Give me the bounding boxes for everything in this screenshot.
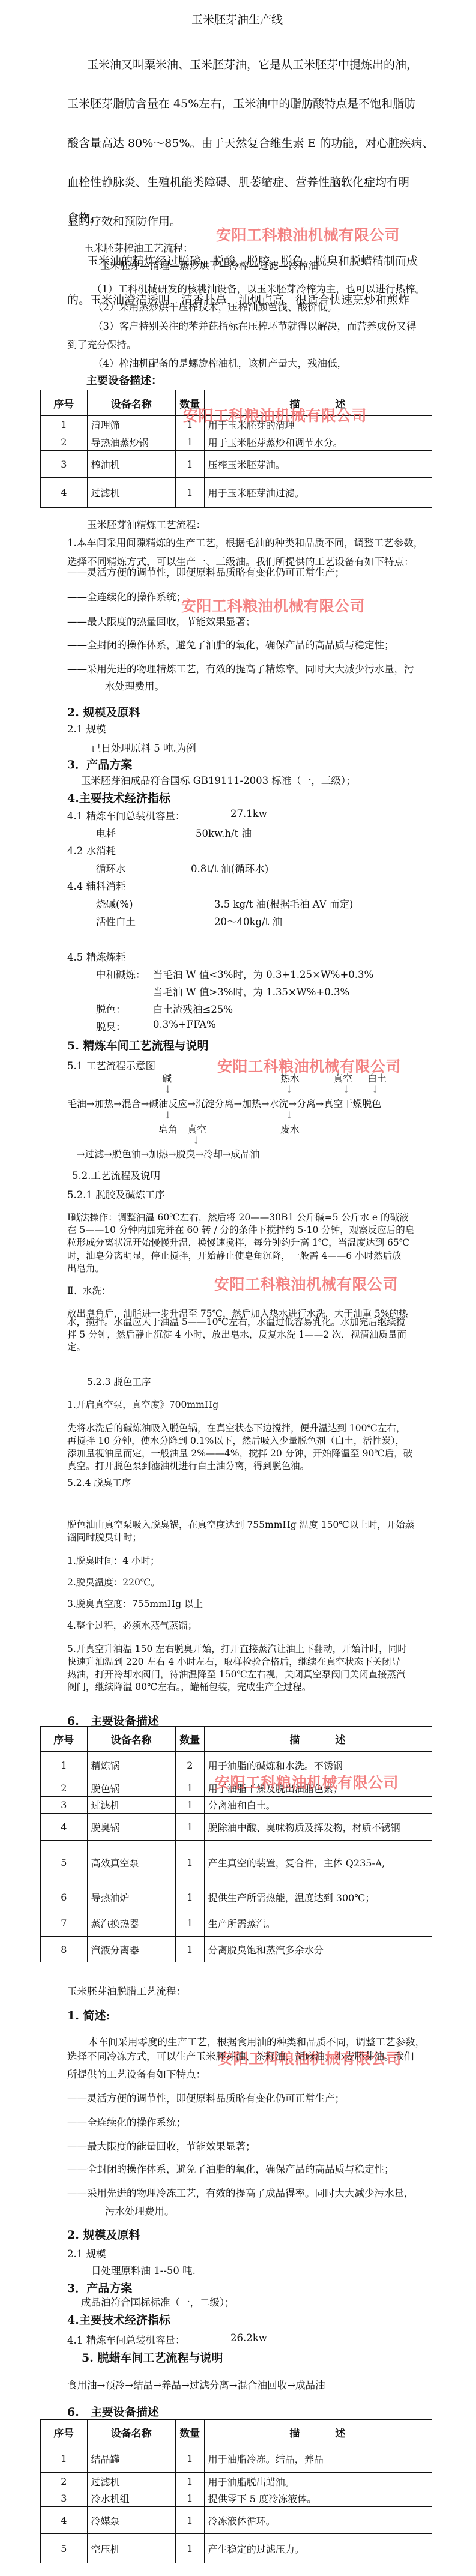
text-line: 水，搅拌。水温应大于油温 5——10℃左右，水温过低容易乳化。水加完后继续搅: [67, 1315, 405, 1328]
feature: 污水处理费用。: [105, 2203, 175, 2218]
cell-name: 榨油机: [87, 451, 175, 478]
input-label: 碱: [162, 1071, 172, 1085]
cell-index: 4: [41, 1814, 88, 1841]
refining-equipment-table: 序号 设备名称 数量 描 述 1 精炼锅 2 用于油脂的碱炼和水洗。不锈钢 2 …: [40, 1726, 432, 1962]
text-line: 选择不同冷冻方式，可以生产玉米胚芽油、茶籽油、胡麻油、小麦胚芽油。我们: [67, 2048, 414, 2063]
cell-desc: 压榨玉米胚芽油。: [204, 451, 432, 478]
text-line: 定。: [67, 1340, 86, 1353]
cell-qty: 1: [175, 2507, 204, 2534]
cell-desc: 提供生产所需热能，温度达到 300℃；: [204, 1884, 432, 1910]
feature: 水处理费用。: [105, 678, 164, 693]
subsection: 4.5 精炼炼耗: [67, 949, 126, 964]
subsection: 4.2 水消耗: [67, 843, 116, 857]
table-row: 3 过滤机 1 分离油和白土。: [41, 1797, 432, 1814]
feature: ——灵活方便的调节性，即便原料品质略有变化仍可正常生产；: [67, 2090, 345, 2105]
cell-name: 结晶罐: [87, 2445, 175, 2473]
section-heading: 2. 规模及原料: [67, 2226, 140, 2242]
text-line: 添加量视油量而定，一般油量 2%——4%，搅拌 20 分钟，开始降温至 90℃后…: [67, 1446, 412, 1459]
table-row: 4 过滤机 1 用于玉米胚芽油过滤。: [41, 478, 432, 508]
step: 4.整个过程，必须水蒸气蒸馏；: [67, 1618, 197, 1632]
section-heading: 5. 精炼车间工艺流程与说明: [67, 1037, 208, 1053]
section-heading: 3．产品方案: [67, 2279, 132, 2296]
text-line: 先将水洗后的碱炼油吸入脱色锅，在真空状态下边搅拌，便升温达到 100℃左右，: [67, 1421, 405, 1434]
cell-desc: 分离脱臭饱和蒸汽多余水分: [204, 1937, 432, 1962]
cell-qty: 1: [175, 2473, 204, 2490]
cell-index: 8: [41, 1937, 88, 1962]
value: 27.1kw: [230, 808, 267, 819]
table-row: 1 结晶罐 1 用于油脂冷冻。结晶，养晶: [41, 2445, 432, 2473]
cell-name: 脱色锅: [87, 1779, 175, 1797]
text-line: 时，油皂分离明显，停止搅拌，开始静止使皂角沉降，一般需 4——6 小时然后放: [67, 1249, 402, 1262]
step: 3.脱臭真空度：755mmHg 以上: [67, 1597, 203, 1610]
cell-name: 精炼锅: [87, 1752, 175, 1779]
intro-line: 玉米油又叫粟米油、玉米胚芽油，它是从玉米胚芽中提炼出的油，: [87, 56, 418, 72]
pressing-point: （4）榨油机配备的是螺旋榨油机，该机产量大，残油低，: [93, 355, 347, 370]
cell-qty: 1: [175, 433, 204, 451]
intro-line: 食物。: [67, 209, 101, 225]
cell-qty: 1: [175, 451, 204, 478]
table-row: 4 脱臭锅 1 脱除油中酸、臭味物质及挥发物，材质不锈钢: [41, 1814, 432, 1841]
th-name: 设备名称: [87, 2420, 175, 2445]
refining-line: 1.本车间采用间隙精炼的生产工艺，根据毛油的种类和品质不同，调整工艺参数，: [67, 535, 423, 549]
arrow-down-icon: ↓: [285, 1084, 293, 1095]
dewaxing-equipment-table: 序号 设备名称 数量 描 述 1 结晶罐 1 用于油脂冷冻。结晶，养晶 2 过滤…: [40, 2419, 432, 2563]
text-line: 再搅拌 10 分钟，使水分降到 0.1%以下，然后吸入少量脱色剂（白土，活性炭）…: [67, 1434, 405, 1447]
text-line: 快速升油温到 220 左右 4 小时左右，取样检验合格后，继续在真空状态下关闭导: [67, 1654, 400, 1668]
cell-qty: 1: [175, 1814, 204, 1841]
cell-name: 脱臭锅: [87, 1814, 175, 1841]
cell-qty: 2: [175, 1752, 204, 1779]
pressing-point: （1）工科机械研发的核桃油设备，以玉米胚芽冷榨为主，也可以进行热榨。: [92, 281, 425, 295]
label: 烧碱(%): [96, 896, 133, 911]
cell-desc: 生产所需蒸汽。: [204, 1910, 432, 1937]
cell-desc: 冷冻液体循环。: [204, 2507, 432, 2534]
cell-name: 汽液分离器: [87, 1937, 175, 1962]
cell-name: 蒸汽换热器: [87, 1910, 175, 1937]
value: 0.3%+FFA%: [153, 1019, 216, 1030]
label: 电耗: [96, 825, 116, 840]
cell-index: 1: [41, 1752, 88, 1779]
text: 1.开启真空泵，真空度》700mmHg: [67, 1398, 218, 1411]
value: 50kw.h/t 油: [196, 825, 252, 840]
text-line: 出皂角。: [67, 1261, 104, 1274]
subsection: 5.2.工艺流程及说明: [72, 1168, 160, 1182]
label: 活性白土: [96, 914, 136, 928]
cell-name: 导热油蒸炒锅: [87, 433, 175, 451]
feature: ——全封闭的操作体系，避免了油脂的氧化，确保产品的高品质与稳定性；: [67, 637, 394, 651]
cell-desc: 用于玉米胚芽蒸炒和调节水分。: [204, 433, 432, 451]
cell-name: 过滤机: [87, 2473, 175, 2490]
th-desc: 描 述: [204, 1727, 432, 1752]
cell-index: 6: [41, 1884, 88, 1910]
cell-desc: 提供零下 5 度冷冻液体。: [204, 2490, 432, 2507]
subsection: 5.2.3 脱色工序: [87, 1375, 151, 1388]
cell-name: 冷水机组: [87, 2490, 175, 2507]
pressing-point: （2）采用蒸炒烘干压榨技术，压榨油颜色浅、酸价低。: [93, 299, 337, 313]
cell-qty: 1: [175, 1937, 204, 1962]
cell-qty: 1: [175, 1910, 204, 1937]
cell-qty: 1: [175, 2445, 204, 2473]
pressing-point: 到了充分保持。: [67, 337, 137, 351]
table-row: 2 导热油蒸炒锅 1 用于玉米胚芽蒸炒和调节水分。: [41, 433, 432, 451]
feature: ——灵活方便的调节性，即便原料品质略有变化仍可正常生产；: [67, 564, 345, 579]
table-row: 3 榨油机 1 压榨玉米胚芽油。: [41, 451, 432, 478]
table-row: 5 高效真空泵 1 产生真空的装置，复合件，主体 Q235-A,: [41, 1841, 432, 1884]
feature: ——最大限度的能量回收，节能效果显著；: [67, 2138, 256, 2153]
cell-index: 2: [41, 2473, 88, 2490]
watermark: 安阳工科粮油机械有限公司: [183, 404, 367, 426]
step: 2.脱臭温度：220℃。: [67, 1575, 160, 1588]
watermark: 安阳工科粮油机械有限公司: [214, 1273, 398, 1294]
text-line: 拌 5 分钟，然后静止沉淀 4 小时，放出皂水，反复水洗 1——2 次，视清油质…: [67, 1327, 406, 1341]
arrow-down-icon: ↓: [192, 1135, 200, 1146]
watermark: 安阳工科粮油机械有限公司: [215, 1771, 399, 1793]
cell-desc: 分离油和白土。: [204, 1797, 432, 1814]
arrow-down-icon: ↓: [164, 1109, 172, 1121]
pressing-point: （3）客户特别关注的苯并芘指标在压榨环节就得以解决，而营养成份又得: [93, 318, 417, 333]
feature: ——全封闭的操作体系，避免了油脂的氧化，确保产品的高品质与稳定性；: [67, 2161, 394, 2176]
table-row: 4 冷媒泵 1 冷冻液体循环。: [41, 2507, 432, 2534]
text-line: 本车间采用零度的生产工艺，根据食用油的种类和品质不同，调整工艺参数，: [88, 2034, 425, 2048]
th-desc: 描 述: [204, 2420, 432, 2445]
feature: ——采用先进的物理冷冻工艺，有效的提高了成品得率。同时大大减少污水量，: [67, 2185, 414, 2200]
text-line: 脱色油由真空泵吸入脱臭锅，在真空度达到 755mmHg 温度 150℃以上时，开…: [67, 1518, 414, 1531]
pressing-flow: 玉米胚芽—清理—蒸炒烘干—冷榨—过滤—冷榨油: [100, 258, 318, 272]
cell-index: 1: [41, 2445, 88, 2473]
section-heading: 6. 主要设备描述: [67, 2403, 159, 2419]
cell-name: 导热油炉: [87, 1884, 175, 1910]
input-label: 热水: [280, 1071, 300, 1085]
table-row: 3 冷水机组 1 提供零下 5 度冷冻液体。: [41, 2490, 432, 2507]
text: 已日处理原料 5 吨.为例: [91, 740, 196, 755]
label: 4.1 精炼车间总装机容量：: [67, 2332, 185, 2347]
cell-index: 4: [41, 2507, 88, 2534]
text: 玉米胚芽油成品符合国标 GB19111-2003 标准（一，三级）；: [81, 773, 356, 787]
th-qty: 数量: [175, 1727, 204, 1752]
cell-desc: 用于玉米胚芽油过滤。: [204, 478, 432, 508]
label: 脱色：: [96, 1001, 126, 1016]
cell-index: 5: [41, 2534, 88, 2563]
text-line: 热油，打开冷却水阀门，待油温降至 150℃左右视，关闭真空泵阀门关闭直接蒸汽: [67, 1667, 405, 1680]
th-index: 序号: [41, 390, 88, 416]
th-qty: 数量: [175, 2420, 204, 2445]
refining-heading: 玉米胚芽油精炼工艺流程：: [87, 517, 206, 531]
label: 中和碱炼：: [96, 967, 146, 981]
cell-desc: 用于油脂冷冻。结晶，养晶: [204, 2445, 432, 2473]
input-label: 真空: [333, 1071, 352, 1085]
cell-index: 1: [41, 416, 88, 433]
pressing-heading: 玉米胚芽榨油工艺流程：: [84, 240, 193, 255]
intro-line: 玉米胚芽脂肪含量在 45%左右，玉米油中的脂肪酸特点是不饱和脂肪: [67, 95, 415, 111]
text-line: 在 5——10 分钟内加完并在 60 转 / 分的条件下搅拌约 5-10 分钟，…: [67, 1223, 414, 1236]
watermark: 安阳工科粮油机械有限公司: [181, 594, 365, 616]
feature: ——采用先进的物理精炼工艺，有效的提高了精炼率。同时大大减少污水量，污: [67, 661, 414, 675]
cell-qty: 1: [175, 1797, 204, 1814]
cell-index: 3: [41, 1797, 88, 1814]
subsection: 2.1 规模: [67, 721, 106, 735]
value: 0.8t/t 油(循环水): [191, 861, 268, 875]
input-label: 白土: [367, 1071, 387, 1085]
vacuum-label: 真空: [187, 1122, 206, 1136]
main-process-line: 毛油→加热→混合→碱油反应→沉淀分离→加热→水洗→分离→真空干燥脱色: [67, 1096, 381, 1110]
cell-qty: 1: [175, 1884, 204, 1910]
text-line: 真空。打开脱色泵到滤油机进行白土油分离，得到脱色油。: [67, 1459, 309, 1472]
text-line: 馏同时脱臭计时；: [67, 1530, 142, 1543]
cell-qty: 1: [175, 1779, 204, 1797]
page-title: 玉米胚芽油生产线: [191, 11, 283, 27]
value: 白土渣残油≤25%: [153, 1001, 233, 1016]
table-row: 8 汽液分离器 1 分离脱臭饱和蒸汽多余水分: [41, 1937, 432, 1962]
text: 成品油符合国标标准（一，二级）；: [81, 2294, 235, 2309]
text-line: 5.开真空升油温 150 左右脱臭开始，打开直接蒸汽让油上下翻动，开始计时，同时: [67, 1642, 407, 1655]
cell-index: 3: [41, 451, 88, 478]
table-row: 2 过滤机 1 用于油脂脱出蜡油。: [41, 2473, 432, 2490]
arrow-down-icon: ↓: [164, 1084, 172, 1095]
arrow-down-icon: ↓: [285, 1109, 293, 1121]
cell-index: 2: [41, 433, 88, 451]
section-heading: 3．产品方案: [67, 756, 132, 772]
cell-index: 4: [41, 478, 88, 508]
label: 4.1 精炼车间总装机容量：: [67, 808, 185, 822]
intro-line: 酸含量高达 80%～85%。由于天然复合维生素 E 的功能，对心脏疾病、: [67, 134, 433, 151]
subsection: 4.4 辅料消耗: [67, 878, 126, 893]
process-flow: 食用油→预冷→结晶→养晶→过滤分离→混合油回收→成品油: [67, 2377, 325, 2392]
table-row: 7 蒸汽换热器 1 生产所需蒸汽。: [41, 1910, 432, 1937]
dewaxing-heading: 玉米胚芽油脱腊工艺流程：: [67, 1983, 186, 1998]
text: 日处理原料油 1--50 吨.: [91, 2263, 196, 2277]
cell-index: 3: [41, 2490, 88, 2507]
cell-name: 高效真空泵: [87, 1841, 175, 1884]
text: Ⅱ、水洗：: [67, 1283, 111, 1297]
th-index: 序号: [41, 1727, 88, 1752]
cell-qty: 1: [175, 478, 204, 508]
th-name: 设备名称: [87, 390, 175, 416]
text-line: 粒形成分离状况开始慢慢升温，换慢速搅拌，每分钟约升高 1℃，当温度达到 65℃: [67, 1235, 409, 1249]
watermark: 安阳工科粮油机械有限公司: [216, 223, 400, 245]
value: 26.2kw: [230, 2332, 267, 2344]
section-heading: 4.主要技术经济指标: [67, 2311, 170, 2327]
subsection: 2.1 规模: [67, 2246, 106, 2260]
cell-qty: 1: [175, 2534, 204, 2563]
cell-desc: 用于油脂脱出蜡油。: [204, 2473, 432, 2490]
step: 1.脱臭时间：4 小时；: [67, 1554, 160, 1567]
intro-line: 血栓性静脉炎、生殖机能类障碍、肌萎缩症、营养性脑软化症均有明: [67, 173, 409, 190]
section-heading: 4.主要技术经济指标: [67, 789, 170, 806]
label: 脱臭：: [96, 1019, 126, 1033]
section-heading: 1. 简述:: [67, 2007, 110, 2023]
cell-name: 过滤机: [87, 1797, 175, 1814]
value: 20～40kg/t 油: [214, 914, 282, 928]
cell-index: 7: [41, 1910, 88, 1937]
value: 当毛油 W 值<3%时，为 0.3+1.25×W%+0.3%: [153, 967, 373, 981]
th-name: 设备名称: [87, 1727, 175, 1752]
text-line: 所提供的工艺设备有如下特点：: [67, 2066, 206, 2081]
cell-qty: 1: [175, 2490, 204, 2507]
cell-name: 清理筛: [87, 416, 175, 433]
table-row: 6 导热油炉 1 提供生产所需热能，温度达到 300℃；: [41, 1884, 432, 1910]
cell-desc: 产生真空的装置，复合件，主体 Q235-A,: [204, 1841, 432, 1884]
subsection: 5.2.1 脱胶及碱炼工序: [67, 1187, 165, 1201]
label: 循环水: [96, 861, 126, 875]
value: 3.5 kg/t 油(根据毛油 AV 而定): [214, 896, 353, 911]
cell-index: 5: [41, 1841, 88, 1884]
section-heading: 2. 规模及原料: [67, 704, 140, 720]
pressing-equipment-heading: 主要设备描述：: [86, 372, 162, 388]
output-label: 皂角: [158, 1122, 178, 1136]
output-label: 废水: [280, 1122, 300, 1136]
cell-name: 冷媒泵: [87, 2507, 175, 2534]
cell-qty: 1: [175, 1841, 204, 1884]
value: 当毛油 W 值>3%时，为 1.35×W%+0.3%: [153, 984, 349, 998]
cell-index: 2: [41, 1779, 88, 1797]
arrow-down-icon: ↓: [342, 1084, 350, 1095]
table-header-row: 序号 设备名称 数量 描 述: [41, 2420, 432, 2445]
cell-name: 空压机: [87, 2534, 175, 2563]
th-index: 序号: [41, 2420, 88, 2445]
feature: ——全连续化的操作系统；: [67, 2114, 186, 2129]
arrow-down-icon: ↓: [371, 1084, 379, 1095]
subsection: 5.1 工艺流程示意图: [67, 1058, 155, 1072]
subsection: 5.2.4 脱臭工序: [67, 1476, 131, 1489]
feature: ——全连续化的操作系统；: [67, 589, 186, 603]
table-row: 5 空压机 1 产生稳定的过滤压力。: [41, 2534, 432, 2563]
cell-name: 过滤机: [87, 478, 175, 508]
cell-desc: 产生稳定的过滤压力。: [204, 2534, 432, 2563]
text-line: Ⅰ碱法操作：调整油温 60℃左右，然后将 20——30B1 公斤碱=5 公斤水 …: [67, 1210, 408, 1223]
text-line: 阀门，继续降温 80℃左右。，罐桶包装，完成生产全过程。: [67, 1680, 311, 1693]
second-process-line: →过滤→脱色油→加热→脱臭→冷却→成品油: [77, 1147, 259, 1160]
section-heading: 5. 脱蜡车间工艺流程与说明: [82, 2349, 223, 2365]
cell-desc: 脱除油中酸、臭味物质及挥发物，材质不锈钢: [204, 1814, 432, 1841]
table-header-row: 序号 设备名称 数量 描 述: [41, 1727, 432, 1752]
